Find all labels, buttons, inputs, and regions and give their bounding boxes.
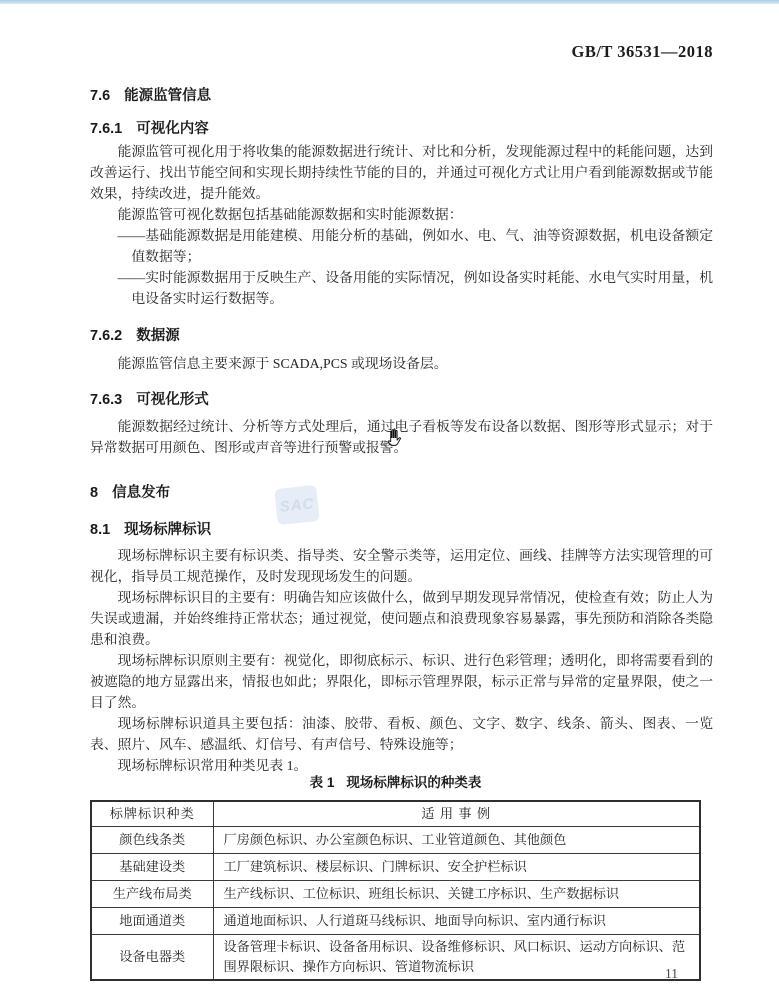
section-number: 7.6.2 — [90, 328, 122, 344]
examples-cell: 设备管理卡标识、设备备用标识、设备维修标识、风口标识、运动方向标识、范围界限标识… — [213, 935, 700, 981]
examples-cell: 厂房颜色标识、办公室颜色标识、工业管道颜色、其他颜色 — [213, 827, 700, 854]
section-heading-8-1: 8.1现场标牌标识 — [90, 518, 713, 539]
table-header-cell: 标牌标识种类 — [91, 801, 213, 827]
section-title: 信息发布 — [112, 485, 170, 501]
category-cell: 颜色线条类 — [91, 827, 213, 854]
category-cell: 基础建设类 — [91, 854, 213, 881]
category-cell: 设备电器类 — [91, 935, 213, 981]
document-page[interactable]: GB/T 36531—2018 SAC 7.6能源监管信息 7.6.1可视化内容… — [0, 0, 779, 1002]
section-7-6-1-body: 能源监管可视化用于将收集的能源数据进行统计、对比和分析，发现能源过程中的耗能问题… — [90, 141, 713, 309]
section-7-6-2-body: 能源监管信息主要来源于 SCADA,PCS 或现场设备层。 — [90, 353, 713, 374]
paragraph: 现场标牌标识主要有标识类、指导类、安全警示类等，运用定位、画线、挂牌等方法实现管… — [90, 545, 713, 587]
section-8-1-body: 现场标牌标识主要有标识类、指导类、安全警示类等，运用定位、画线、挂牌等方法实现管… — [90, 545, 713, 776]
section-heading-7-6-3: 7.6.3可视化形式 — [90, 388, 713, 409]
table-row: 基础建设类 工厂建筑标识、楼层标识、门牌标识、安全护栏标识 — [91, 854, 700, 881]
dash-list-item: ——实时能源数据用于反映生产、设备用能的实际情况，例如设备实时耗能、水电气实时用… — [90, 267, 713, 309]
table-header-row: 标牌标识种类 适 用 事 例 — [91, 801, 700, 827]
paragraph: 现场标牌标识道具主要包括：油漆、胶带、看板、颜色、文字、数字、线条、箭头、图表、… — [90, 713, 713, 755]
section-number: 7.6.1 — [90, 121, 122, 137]
table-row: 生产线布局类 生产线标识、工位标识、班组长标识、关键工序标识、生产数据标识 — [91, 881, 700, 908]
section-title: 可视化内容 — [136, 121, 209, 137]
standard-number: GB/T 36531—2018 — [571, 42, 713, 62]
table-row: 地面通道类 通道地面标识、人行道斑马线标识、地面导向标识、室内通行标识 — [91, 908, 700, 935]
paragraph: 能源监管信息主要来源于 SCADA,PCS 或现场设备层。 — [90, 353, 713, 374]
paragraph: 现场标牌标识目的主要有：明确告知应该做什么，做到早期发现异常情况，使检查有效；防… — [90, 587, 713, 650]
hand-grab-cursor-icon — [385, 427, 405, 449]
section-title: 可视化形式 — [136, 392, 209, 408]
paragraph: 能源监管可视化数据包括基础能源数据和实时能源数据： — [90, 204, 713, 225]
table-row: 颜色线条类 厂房颜色标识、办公室颜色标识、工业管道颜色、其他颜色 — [91, 827, 700, 854]
examples-cell: 生产线标识、工位标识、班组长标识、关键工序标识、生产数据标识 — [213, 881, 700, 908]
table-header-cell: 适 用 事 例 — [213, 801, 700, 827]
sign-kinds-table: 标牌标识种类 适 用 事 例 颜色线条类 厂房颜色标识、办公室颜色标识、工业管道… — [90, 800, 701, 981]
section-title: 数据源 — [136, 328, 180, 344]
examples-cell: 工厂建筑标识、楼层标识、门牌标识、安全护栏标识 — [213, 854, 700, 881]
dash-list-item: ——基础能源数据是用能建模、用能分析的基础，例如水、电、气、油等资源数据，机电设… — [90, 225, 713, 267]
section-heading-7-6: 7.6能源监管信息 — [90, 84, 713, 105]
table-caption-title: 现场标牌标识的种类表 — [346, 775, 481, 790]
section-heading-7-6-1: 7.6.1可视化内容 — [90, 117, 713, 138]
examples-cell: 通道地面标识、人行道斑马线标识、地面导向标识、室内通行标识 — [213, 908, 700, 935]
section-number: 8 — [90, 485, 98, 501]
section-heading-8: 8信息发布 — [90, 481, 713, 502]
category-cell: 地面通道类 — [91, 908, 213, 935]
section-number: 7.6 — [90, 88, 110, 104]
table-caption-label: 表 1 — [310, 775, 335, 790]
page-top-edge — [0, 0, 779, 4]
section-number: 7.6.3 — [90, 392, 122, 408]
category-cell: 生产线布局类 — [91, 881, 213, 908]
paragraph: 能源监管可视化用于将收集的能源数据进行统计、对比和分析，发现能源过程中的耗能问题… — [90, 141, 713, 204]
table-row: 设备电器类 设备管理卡标识、设备备用标识、设备维修标识、风口标识、运动方向标识、… — [91, 935, 700, 981]
table-caption: 表 1现场标牌标识的种类表 — [90, 771, 701, 791]
page-number: 11 — [665, 966, 678, 982]
section-title: 现场标牌标识 — [124, 522, 211, 538]
paragraph: 现场标牌标识原则主要有：视觉化，即彻底标示、标识、进行色彩管理；透明化，即将需要… — [90, 650, 713, 713]
section-title: 能源监管信息 — [124, 88, 211, 104]
section-number: 8.1 — [90, 522, 110, 538]
section-heading-7-6-2: 7.6.2数据源 — [90, 324, 713, 345]
